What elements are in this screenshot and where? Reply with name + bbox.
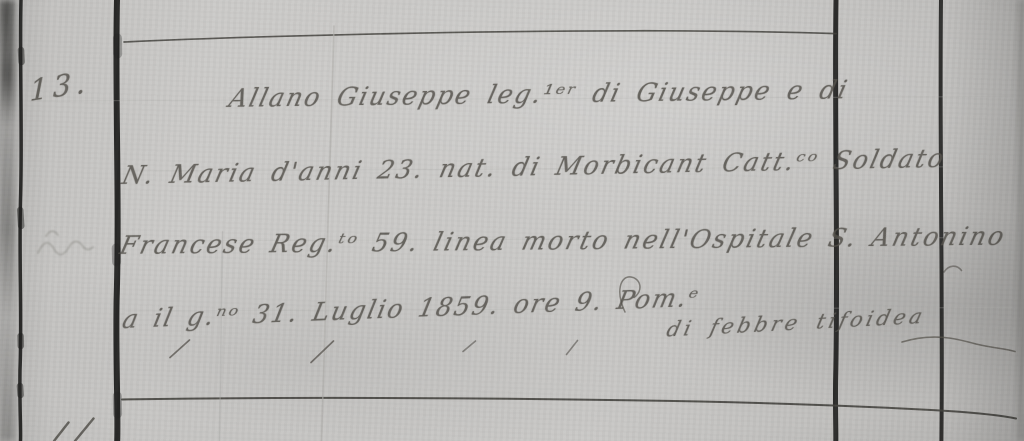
right-outer-rule xyxy=(941,0,942,441)
scanned-register-page: 13. Allano Giuseppe leg.¹ᵉʳ di Giuseppe … xyxy=(0,0,1024,441)
row-bottom-rule xyxy=(122,398,1016,419)
stray-pen-stroke-1 xyxy=(170,340,190,358)
row-top-rule xyxy=(124,31,836,42)
word-tail-stroke xyxy=(944,266,962,272)
stray-pen-stroke-4 xyxy=(567,341,578,355)
column-rule-main xyxy=(116,0,117,441)
bleedthrough-ghost-marks xyxy=(38,231,93,254)
stray-pen-stroke-2 xyxy=(311,341,334,363)
next-entry-pen-strokes xyxy=(54,419,94,441)
ruled-lines-layer xyxy=(0,0,1024,441)
faint-ruled-guidelines xyxy=(30,97,1014,312)
stray-pen-stroke-3 xyxy=(463,341,476,352)
pencil-guide-vertical-b xyxy=(220,232,223,441)
flourish-tail xyxy=(902,337,1015,351)
right-inner-rule xyxy=(835,0,836,441)
